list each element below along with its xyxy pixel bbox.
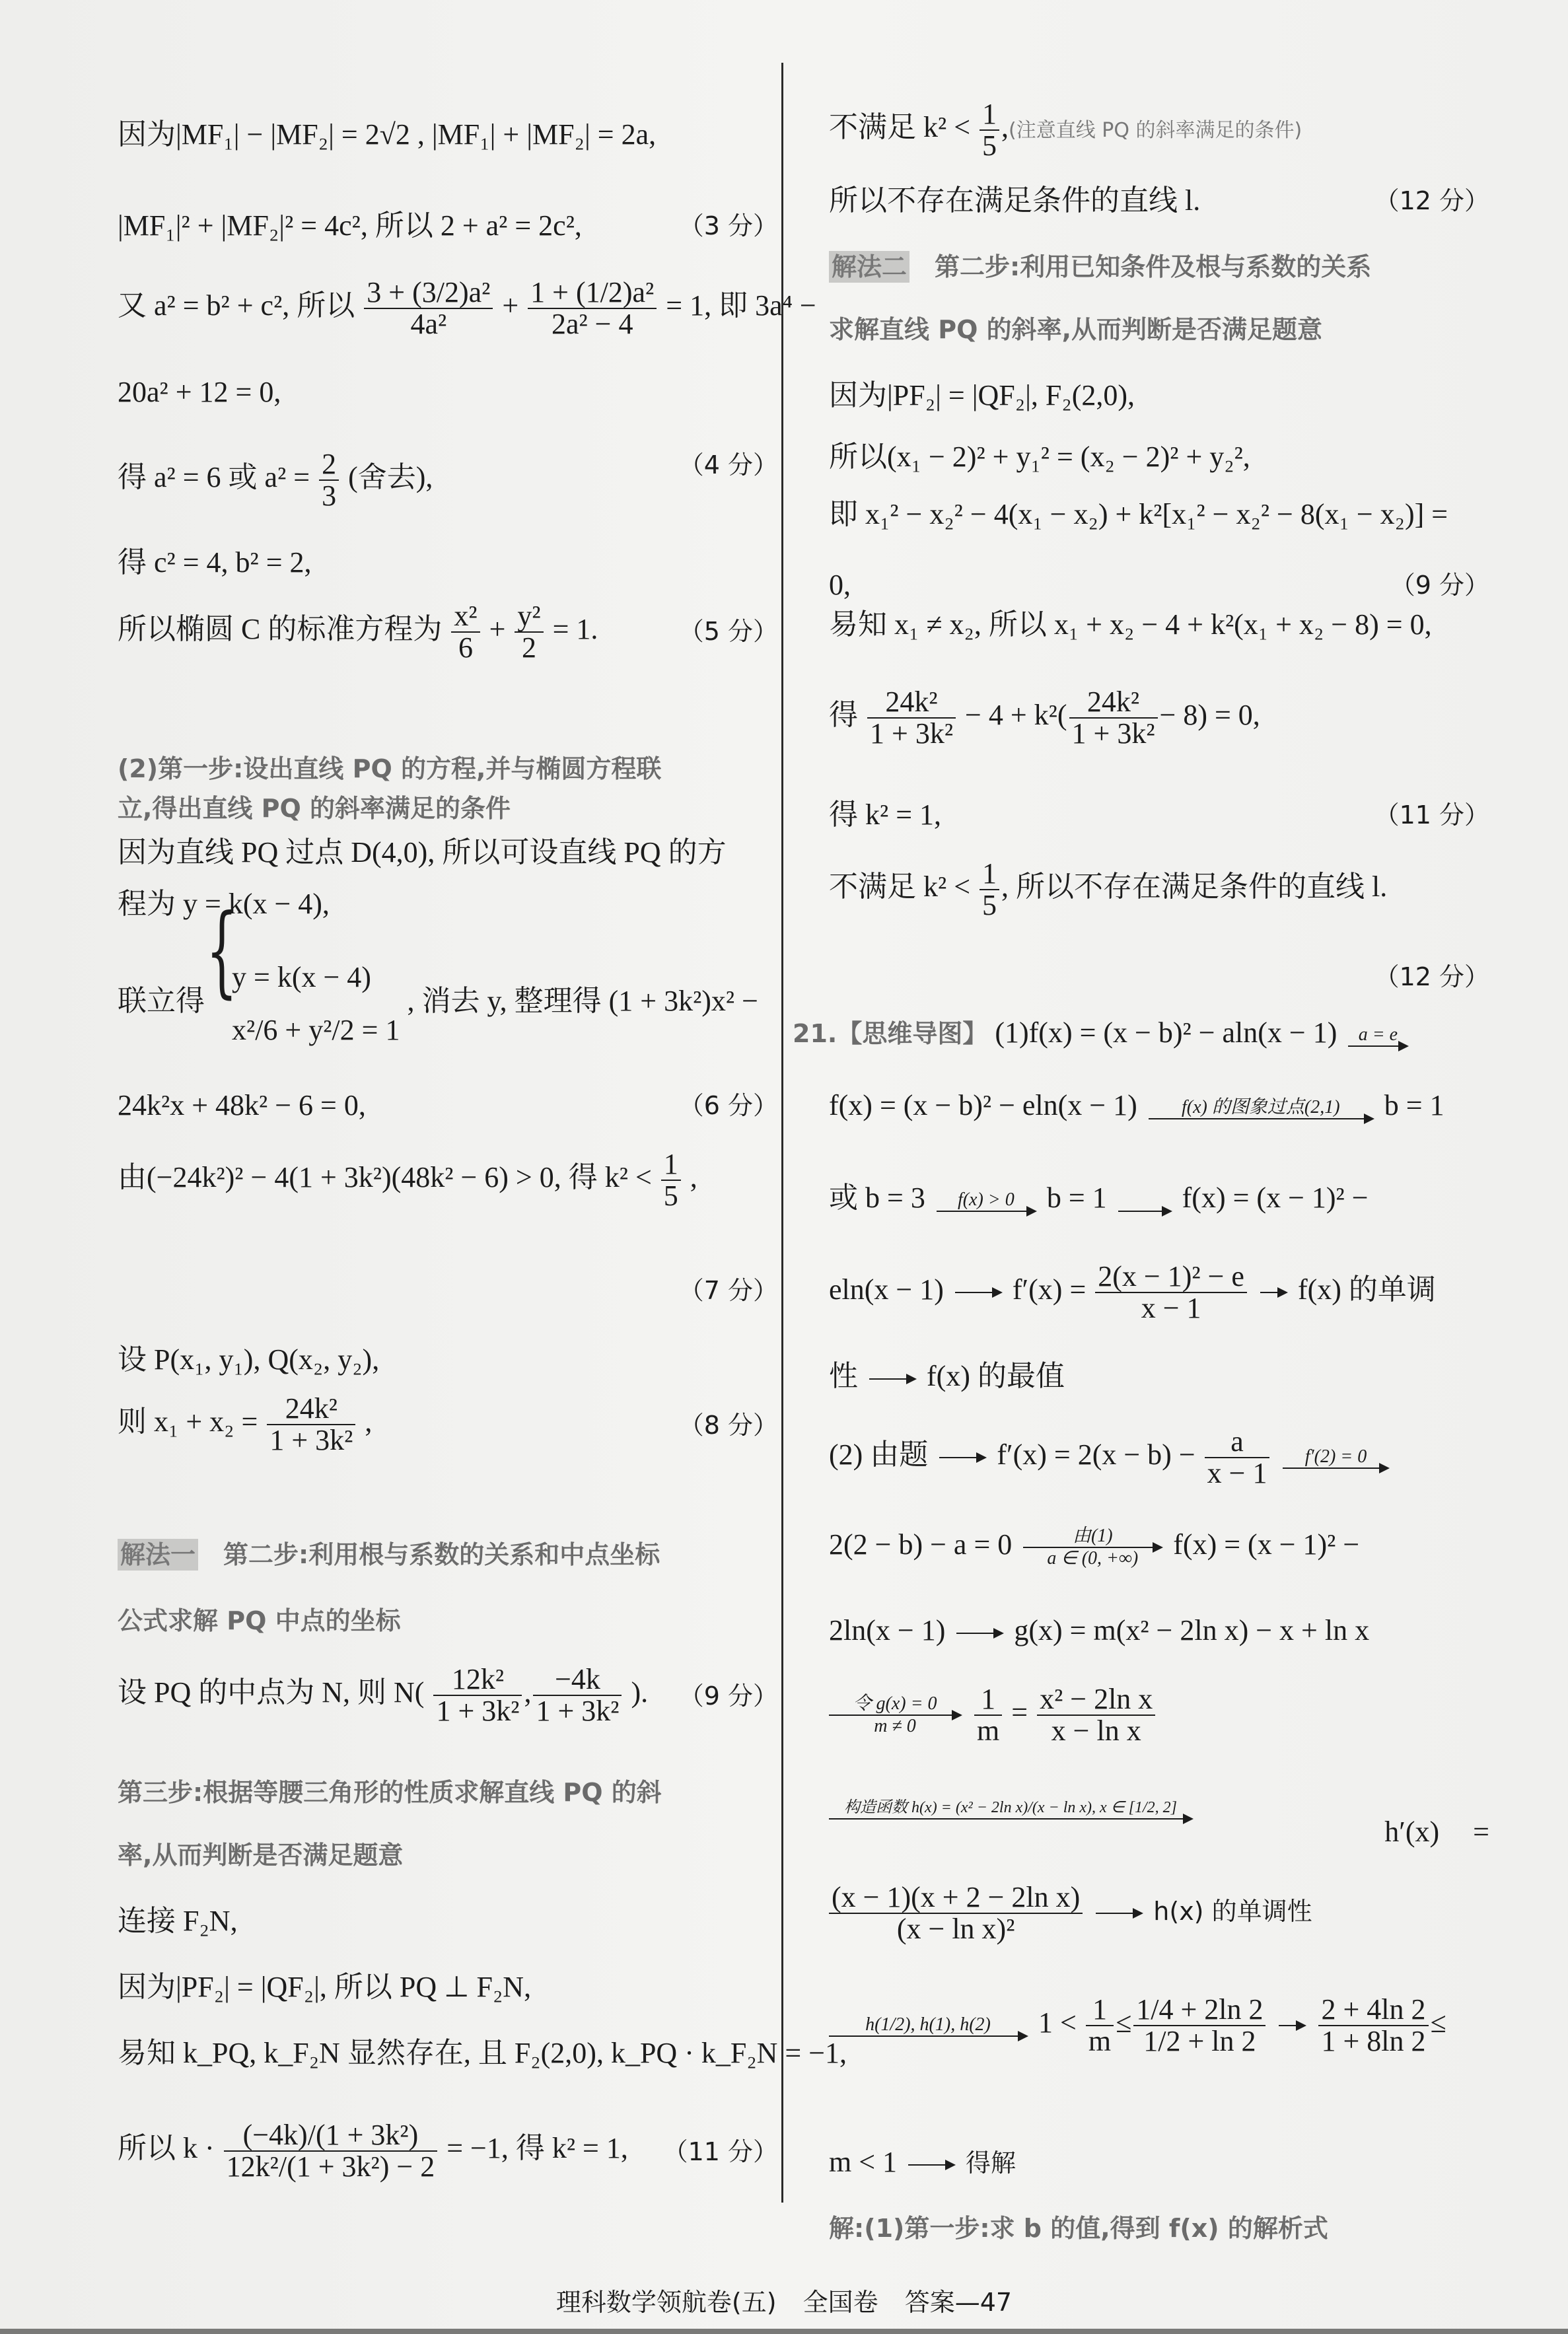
score-points: （3 分） [679, 210, 778, 242]
page-footer: 理科数学领航卷(五) 全国卷 答案—47 [0, 2282, 1568, 2318]
solution-line: 连接 F₂N, [118, 1905, 778, 1937]
arrow-icon [908, 2164, 954, 2166]
fraction: 1/4 + 2ln 21/2 + ln 2 [1133, 1995, 1265, 2057]
solution-line: 联立得 {y = k(x − 4)x²/6 + y²/2 = 1 , 消去 y,… [118, 951, 778, 1057]
solution-line: 易知 x₁ ≠ x₂, 所以 x₁ + x₂ − 4 + k²(x₁ + x₂ … [829, 609, 1489, 641]
solution-line: 由(−24k²)² − 4(1 + 3k²)(48k² − 6) > 0, 得 … [118, 1149, 778, 1211]
fraction: ax − 1 [1205, 1427, 1270, 1489]
fraction: 2(x − 1)² − ex − 1 [1095, 1261, 1247, 1324]
solution-line: 得 a² = 6 或 a² = 23 (舍去), （4 分） [118, 449, 778, 511]
question-number: 21.【思维导图】 [793, 1019, 987, 1048]
solution-line: 所以(x₁ − 2)² + y₁² = (x₂ − 2)² + y₂², [829, 441, 1489, 473]
fraction: 12k²1 + 3k² [433, 1664, 522, 1726]
step-heading: 解:(1)第一步:求 b 的值,得到 f(x) 的解析式 [829, 2212, 1489, 2244]
fraction: 24k²1 + 3k² [267, 1394, 355, 1456]
score-points: （11 分） [663, 2136, 778, 2168]
method-badge: 解法二 [829, 251, 909, 283]
arrow-icon: a = e [1348, 1024, 1408, 1047]
mind-map-line: eln(x − 1) f′(x) = 2(x − 1)² − ex − 1 f(… [829, 1261, 1489, 1324]
step-heading: (2)第一步:设出直线 PQ 的方程,并与椭圆方程联 [118, 753, 778, 785]
footer-title: 理科数学领航卷(五) [556, 2288, 777, 2317]
mind-map-line: h(1/2), h(1), h(2) 1 < 1m≤1/4 + 2ln 21/2… [829, 1995, 1489, 2057]
mind-map-line: (2) 由题 f′(x) = 2(x − b) − ax − 1 f′(2) =… [829, 1427, 1489, 1489]
mind-map-line: 令 g(x) = 0m ≠ 0 1m = x² − 2ln xx − ln x [829, 1684, 1489, 1746]
arrow-icon: f′(2) = 0 [1283, 1446, 1388, 1469]
solution-line: 因为|MF₁| − |MF₂| = 2√2 , |MF₁| + |MF₂| = … [118, 119, 778, 151]
method-heading: 解法二第二步:利用已知条件及根与系数的关系 [829, 251, 1489, 283]
mind-map-line: (x − 1)(x + 2 − 2ln x)(x − ln x)² h(x) 的… [829, 1882, 1489, 1944]
method-badge: 解法一 [118, 1539, 198, 1571]
footer-page-number: 答案—47 [905, 2288, 1012, 2317]
bottom-rule [0, 2329, 1568, 2334]
fraction: y²2 [515, 601, 543, 663]
fraction: 1m [974, 1684, 1002, 1746]
fraction: −4k1 + 3k² [533, 1664, 622, 1726]
solution-line: 设 PQ 的中点为 N, 则 N( 12k²1 + 3k²,−4k1 + 3k²… [118, 1664, 778, 1726]
arrow-icon [1279, 2025, 1305, 2026]
score-points: （9 分） [1390, 569, 1489, 601]
arrow-icon [869, 1378, 915, 1380]
solution-line: |MF₁|² + |MF₂|² = 4c², 所以 2 + a² = 2c², … [118, 210, 778, 242]
solution-line: 所以 k · (−4k)/(1 + 3k²)12k²/(1 + 3k²) − 2… [118, 2120, 778, 2182]
mind-map-line: 或 b = 3 f(x) > 0 b = 1 f(x) = (x − 1)² − [829, 1182, 1489, 1214]
solution-line: 设 P(x₁, y₁), Q(x₂, y₂), [118, 1344, 778, 1376]
solution-line: 24k²x + 48k² − 6 = 0, （6 分） [118, 1090, 778, 1121]
arrow-icon [1260, 1292, 1287, 1293]
solution-line: 又 a² = b² + c², 所以 3 + (3/2)a²4a² + 1 + … [118, 277, 778, 339]
score-points: （12 分） [1374, 961, 1489, 993]
step-heading: 率,从而判断是否满足题意 [118, 1839, 778, 1871]
solution-line: 得 k² = 1, （11 分） [829, 799, 1489, 831]
fraction: 1 + (1/2)a²2a² − 4 [528, 277, 657, 339]
arrow-icon [1096, 1913, 1142, 1914]
footer-scope: 全国卷 [803, 2288, 878, 2317]
arrow-icon: h(1/2), h(1), h(2) [829, 2014, 1027, 2037]
fraction: 1m [1086, 1995, 1114, 2057]
mind-map-line: 21.【思维导图】 (1)f(x) = (x − b)² − aln(x − 1… [793, 1017, 1489, 1049]
solution-line: 不满足 k² < 15,(注意直线 PQ 的斜率满足的条件) [829, 99, 1489, 161]
left-brace: { [206, 925, 238, 977]
solution-line: 即 x₁² − x₂² − 4(x₁ − x₂) + k²[x₁² − x₂² … [829, 499, 1489, 530]
mind-map-line: 2ln(x − 1) g(x) = m(x² − 2ln x) − x + ln… [829, 1615, 1489, 1646]
solution-line: 0, （9 分） [829, 569, 1489, 601]
fraction: 15 [980, 859, 999, 921]
mind-map-line: 2(2 − b) − a = 0 由(1)a ∈ (0, +∞) f(x) = … [829, 1526, 1489, 1569]
fraction: (−4k)/(1 + 3k²)12k²/(1 + 3k²) − 2 [224, 2120, 438, 2182]
arrow-icon [956, 1633, 1003, 1634]
fraction: (x − 1)(x + 2 − 2ln x)(x − ln x)² [829, 1882, 1083, 1944]
solution-line: 易知 k_PQ, k_F₂N 显然存在, 且 F₂(2,0), k_PQ · k… [118, 2037, 778, 2069]
fraction: 15 [980, 99, 999, 161]
score-points: （7 分） [679, 1275, 778, 1306]
arrow-icon: 令 g(x) = 0m ≠ 0 [829, 1693, 961, 1737]
solution-line: 20a² + 12 = 0, [118, 376, 778, 408]
fraction: x² − 2ln xx − ln x [1037, 1684, 1155, 1746]
solution-line: 得 24k²1 + 3k² − 4 + k²(24k²1 + 3k²− 8) =… [829, 687, 1489, 749]
margin-note: (注意直线 PQ 的斜率满足的条件) [1009, 119, 1302, 142]
score-points: （4 分） [679, 449, 778, 481]
solution-line: 因为|PF₂| = |QF₂|, F₂(2,0), [829, 380, 1489, 411]
step-heading: 立,得出直线 PQ 的斜率满足的条件 [118, 793, 778, 824]
score-points: （8 分） [679, 1409, 778, 1441]
mind-map-line: 性 f(x) 的最值 [829, 1361, 1489, 1392]
score-points: （5 分） [679, 616, 778, 647]
step-heading: 求解直线 PQ 的斜率,从而判断是否满足题意 [829, 314, 1489, 345]
score-points: （12 分） [1374, 185, 1489, 217]
solution-line: 得 c² = 4, b² = 2, [118, 547, 778, 579]
score-points: （9 分） [679, 1680, 778, 1712]
step-heading: 第三步:根据等腰三角形的性质求解直线 PQ 的斜 [118, 1777, 778, 1808]
arrow-icon: f(x) 的图象过点(2,1) [1149, 1097, 1373, 1119]
fraction: x²6 [451, 601, 480, 663]
score-points: （6 分） [679, 1090, 778, 1121]
solution-line: 所以椭圆 C 的标准方程为 x²6 + y²2 = 1. （5 分） [118, 601, 778, 663]
fraction: 3 + (3/2)a²4a² [364, 277, 493, 339]
solution-line: 则 x₁ + x₂ = 24k²1 + 3k² , （8 分） [118, 1394, 778, 1456]
solution-line: 因为直线 PQ 过点 D(4,0), 所以可设直线 PQ 的方 [118, 837, 778, 868]
score-points: （11 分） [1374, 799, 1489, 831]
fraction: 24k²1 + 3k² [1069, 687, 1158, 749]
mind-map-line: f(x) = (x − b)² − eln(x − 1) f(x) 的图象过点(… [829, 1090, 1489, 1121]
fraction: 24k²1 + 3k² [867, 687, 956, 749]
step-heading: 公式求解 PQ 中点的坐标 [118, 1605, 778, 1637]
arrow-icon: f(x) > 0 [937, 1189, 1036, 1212]
arrow-icon [1118, 1189, 1171, 1212]
arrow-icon: 构造函数 h(x) = (x² − 2ln x)/(x − ln x), x ∈… [829, 1797, 1192, 1820]
arrow-icon: 由(1)a ∈ (0, +∞) [1023, 1526, 1162, 1569]
arrow-icon [939, 1457, 985, 1458]
arrow-icon [955, 1292, 1001, 1293]
fraction: 23 [319, 449, 339, 511]
mind-map-line: 构造函数 h(x) = (x² − 2ln x)/(x − ln x), x ∈… [829, 1790, 1489, 1821]
column-divider [781, 63, 783, 2203]
method-heading: 解法一第二步:利用根与系数的关系和中点坐标 [118, 1539, 778, 1571]
solution-line: 所以不存在满足条件的直线 l. （12 分） [829, 185, 1489, 217]
mind-map-line: m < 1 得解 [829, 2146, 1489, 2179]
solution-line: 因为|PF₂| = |QF₂|, 所以 PQ ⊥ F₂N, [118, 1971, 778, 2003]
fraction: 15 [661, 1149, 681, 1211]
equation-system: {y = k(x − 4)x²/6 + y²/2 = 1 [212, 951, 400, 1057]
fraction: 2 + 4ln 21 + 8ln 2 [1318, 1995, 1428, 2057]
solution-line: 不满足 k² < 15, 所以不存在满足条件的直线 l. [829, 859, 1489, 921]
